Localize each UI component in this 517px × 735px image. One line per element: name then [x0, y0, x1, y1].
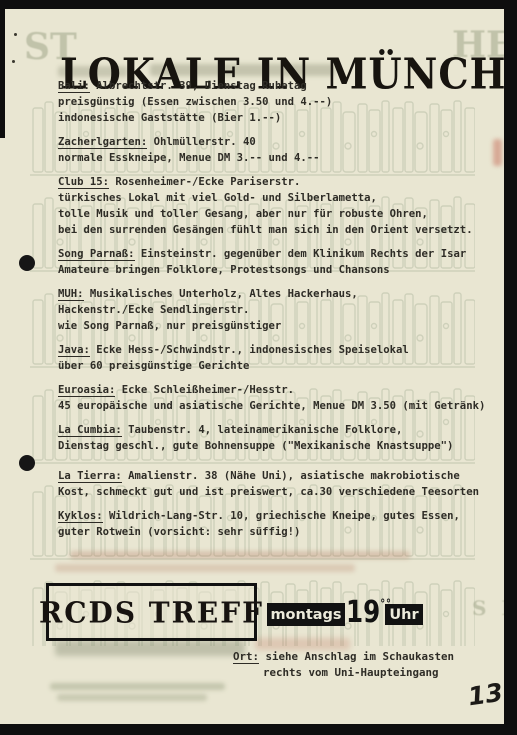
scan-border-right [504, 0, 517, 735]
venue-entry: La Cumbia: Taubenstr. 4, lateinamerikani… [58, 422, 498, 454]
venue-entry: La Tierra: Amalienstr. 38 (Nähe Uni), as… [58, 468, 498, 500]
entry-first-line: MUH: Musikalisches Unterholz, Altes Hack… [58, 286, 498, 302]
ghost-smudge [57, 694, 207, 701]
entry-name: Club 15: [58, 176, 109, 189]
ghost-smudge [55, 564, 355, 572]
entry-name: Kyklos: [58, 510, 103, 523]
scan-border-bottom [0, 724, 517, 735]
rcds-treff-box: RCDS TREFF [46, 583, 257, 641]
entry-line: indonesische Gaststätte (Bier 1.--) [58, 110, 498, 126]
location-line2: rechts vom Uni-Haupteingang [233, 665, 454, 681]
page-number: 13 [466, 678, 504, 712]
entry-first-line: La Cumbia: Taubenstr. 4, lateinamerikani… [58, 422, 498, 438]
weekday-badge: montags [267, 603, 345, 626]
entry-name: Zacherlgarten: [58, 136, 147, 149]
entry-name: Song Parnaß: [58, 248, 135, 261]
venue-entry: Club 15: Rosenheimer-/Ecke Pariserstr.tü… [58, 174, 498, 238]
entry-line: bei den surrenden Gesängen fühlt man sic… [58, 222, 498, 238]
venue-entry: Bali: Albrechtstr. 39, Dienstag Ruhetagp… [58, 78, 498, 126]
entry-line: über 60 preisgünstige Gerichte [58, 358, 498, 374]
scan-border-top [0, 0, 517, 9]
entry-first-line: La Tierra: Amalienstr. 38 (Nähe Uni), as… [58, 468, 498, 484]
punch-hole [19, 255, 35, 271]
uhr-badge: Uhr [385, 604, 423, 625]
venue-entry: MUH: Musikalisches Unterholz, Altes Hack… [58, 286, 498, 334]
venue-entry: Song Parnaß: Einsteinstr. gegenüber dem … [58, 246, 498, 278]
punch-hole [19, 455, 35, 471]
entry-line: Dienstag geschl., gute Bohnensuppe ("Mex… [58, 438, 498, 454]
entry-name: MUH: [58, 288, 84, 301]
entry-name: Bali: [58, 80, 90, 93]
entry-line: Hackenstr./Ecke Sendlingerstr. [58, 302, 498, 318]
entry-first-line: Song Parnaß: Einsteinstr. gegenüber dem … [58, 246, 498, 262]
entry-name: Java: [58, 344, 90, 357]
entry-line: Kost, schmeckt gut und ist preiswert, ca… [58, 484, 498, 500]
entry-first-line: Zacherlgarten: Ohlmüllerstr. 40 [58, 134, 498, 150]
venue-entry: Euroasia: Ecke Schleißheimer-/Hesstr.45 … [58, 382, 498, 414]
entry-name: Euroasia: [58, 384, 115, 397]
entry-line: türkisches Lokal mit viel Gold- und Silb… [58, 190, 498, 206]
entry-name: La Cumbia: [58, 424, 122, 437]
ink-speck [12, 60, 15, 63]
venue-entry: Kyklos: Wildrich-Lang-Str. 10, griechisc… [58, 508, 498, 540]
venue-list: Bali: Albrechtstr. 39, Dienstag Ruhetagp… [58, 78, 498, 548]
location-note: Ort: siehe Anschlag im Schaukasten recht… [233, 649, 454, 681]
entry-line: preisgünstig (Essen zwischen 3.50 und 4.… [58, 94, 498, 110]
ghost-smudge [50, 683, 225, 690]
venue-entry: Java: Ecke Hess-/Schwindstr., indonesisc… [58, 342, 498, 374]
ghost-smudge [70, 551, 410, 559]
entry-line: 45 europäische und asiatische Gerichte, … [58, 398, 498, 414]
entry-first-line: Club 15: Rosenheimer-/Ecke Pariserstr. [58, 174, 498, 190]
entry-line: tolle Musik und toller Gesang, aber nur … [58, 206, 498, 222]
entry-first-line: Kyklos: Wildrich-Lang-Str. 10, griechisc… [58, 508, 498, 524]
ghost-smudge [55, 640, 245, 656]
entry-line: guter Rotwein (vorsicht: sehr süffig!) [58, 524, 498, 540]
venue-entry: Zacherlgarten: Ohlmüllerstr. 40normale E… [58, 134, 498, 166]
entry-line: normale Esskneipe, Menue DM 3.-- und 4.-… [58, 150, 498, 166]
rcds-treff-label: RCDS TREFF [39, 595, 264, 630]
scanned-zine-page: ST HE S E LOKALE IN MÜNCHEN Bali: Albrec… [0, 0, 517, 735]
location-label: Ort: [233, 650, 259, 664]
entry-first-line: Bali: Albrechtstr. 39, Dienstag Ruhetag [58, 78, 498, 94]
location-line1: siehe Anschlag im Schaukasten [266, 650, 455, 663]
entry-line: Amateure bringen Folklore, Protestsongs … [58, 262, 498, 278]
entry-name: La Tierra: [58, 470, 122, 483]
ink-speck [14, 33, 17, 36]
scan-border-left [0, 0, 5, 138]
entry-first-line: Euroasia: Ecke Schleißheimer-/Hesstr. [58, 382, 498, 398]
entry-line: wie Song Parnaß, nur preisgünstiger [58, 318, 498, 334]
entry-first-line: Java: Ecke Hess-/Schwindstr., indonesisc… [58, 342, 498, 358]
